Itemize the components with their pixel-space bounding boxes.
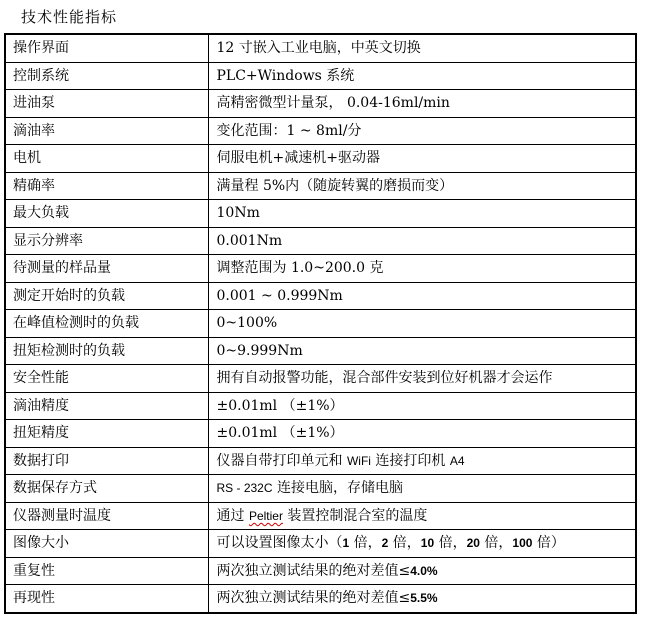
spec-value-cell: 两次独立测试结果的绝对差值≤4.0% bbox=[208, 557, 636, 585]
value-text: WiFi bbox=[347, 454, 371, 468]
value-text: 0~9.999Nm bbox=[217, 343, 303, 359]
value-text: 装置控制混合室的温度 bbox=[283, 508, 427, 524]
value-text: 伺服电机+减速机+驱动器 bbox=[217, 150, 380, 166]
spec-value-cell: 伺服电机+减速机+驱动器 bbox=[208, 145, 636, 173]
value-text: 高精密微型计量泵， 0.04-16ml/min bbox=[217, 95, 450, 111]
spec-value-cell: 0~9.999Nm bbox=[208, 337, 636, 365]
spec-label-cell: 精确率 bbox=[5, 172, 208, 200]
table-row: 滴油精度±0.01ml （±1%） bbox=[5, 392, 636, 420]
value-text: 调整范围为 1.0~200.0 克 bbox=[217, 260, 384, 276]
value-text: 拥有自动报警功能，混合部件安装到位好机器才会运作 bbox=[217, 370, 553, 386]
table-row: 进油泵高精密微型计量泵， 0.04-16ml/min bbox=[5, 90, 636, 118]
spec-label-cell: 仪器测量时温度 bbox=[5, 502, 208, 530]
value-text: 倍， bbox=[349, 535, 381, 551]
spec-label-cell: 滴油精度 bbox=[5, 392, 208, 420]
spec-value-cell: ±0.01ml （±1%） bbox=[208, 392, 636, 420]
spec-label-cell: 最大负载 bbox=[5, 200, 208, 228]
value-text: 12 寸嵌入工业电脑，中英文切换 bbox=[217, 40, 421, 56]
spec-label-cell: 安全性能 bbox=[5, 365, 208, 393]
page-title: 技术性能指标 bbox=[21, 8, 654, 26]
table-row: 数据保存方式RS - 232C 连接电脑，存储电脑 bbox=[5, 475, 636, 503]
table-row: 再现性两次独立测试结果的绝对差值≤5.5% bbox=[5, 585, 636, 613]
value-text: 倍， bbox=[388, 535, 420, 551]
value-text: 0~100% bbox=[217, 315, 278, 331]
spec-value-cell: 0.001 ~ 0.999Nm bbox=[208, 282, 636, 310]
spec-value-cell: 10Nm bbox=[208, 200, 636, 228]
value-text: ±0.01ml （±1%） bbox=[217, 425, 344, 441]
value-text: 倍， bbox=[480, 535, 512, 551]
value-text: 0.001Nm bbox=[217, 233, 283, 249]
spec-label-cell: 数据保存方式 bbox=[5, 475, 208, 503]
table-row: 扭矩检测时的负载0~9.999Nm bbox=[5, 337, 636, 365]
spec-label-cell: 进油泵 bbox=[5, 90, 208, 118]
table-row: 数据打印仪器自带打印单元和 WiFi 连接打印机 A4 bbox=[5, 447, 636, 475]
value-text: 4.0% bbox=[410, 564, 437, 578]
value-text: 5.5% bbox=[410, 591, 437, 605]
spec-label-cell: 图像大小 bbox=[5, 530, 208, 558]
spec-value-cell: ±0.01ml （±1%） bbox=[208, 420, 636, 448]
table-row: 控制系统PLC+Windows 系统 bbox=[5, 62, 636, 90]
table-row: 显示分辨率0.001Nm bbox=[5, 227, 636, 255]
spec-label-cell: 操作界面 bbox=[5, 34, 208, 62]
table-row: 最大负载10Nm bbox=[5, 200, 636, 228]
spec-label-cell: 待测量的样品量 bbox=[5, 255, 208, 283]
table-row: 仪器测量时温度通过 Peltier 装置控制混合室的温度 bbox=[5, 502, 636, 530]
spec-value-cell: 两次独立测试结果的绝对差值≤5.5% bbox=[208, 585, 636, 613]
spec-value-cell: 12 寸嵌入工业电脑，中英文切换 bbox=[208, 34, 636, 62]
spec-value-cell: 0~100% bbox=[208, 310, 636, 338]
value-text: 变化范围：1 ~ 8ml/分 bbox=[217, 123, 362, 139]
spec-label-cell: 滴油率 bbox=[5, 117, 208, 145]
value-text: 两次独立测试结果的绝对差值≤ bbox=[217, 563, 411, 579]
table-row: 精确率满量程 5%内（随旋转翼的磨损而变） bbox=[5, 172, 636, 200]
spec-label-cell: 数据打印 bbox=[5, 447, 208, 475]
value-text: 10Nm bbox=[217, 205, 260, 221]
spec-label-cell: 显示分辨率 bbox=[5, 227, 208, 255]
spec-value-cell: 满量程 5%内（随旋转翼的磨损而变） bbox=[208, 172, 636, 200]
spec-table-body: 操作界面12 寸嵌入工业电脑，中英文切换控制系统PLC+Windows 系统进油… bbox=[5, 34, 636, 613]
table-row: 图像大小可以设置图像太小（1 倍，2 倍，10 倍，20 倍，100 倍） bbox=[5, 530, 636, 558]
spec-value-cell: 0.001Nm bbox=[208, 227, 636, 255]
value-text: RS - 232C bbox=[217, 481, 273, 495]
value-text: PLC+Windows 系统 bbox=[217, 68, 355, 84]
spec-value-cell: 拥有自动报警功能，混合部件安装到位好机器才会运作 bbox=[208, 365, 636, 393]
value-text: 连接打印机 bbox=[371, 453, 450, 469]
value-text: 倍） bbox=[532, 535, 564, 551]
value-text: ±0.01ml （±1%） bbox=[217, 398, 344, 414]
spec-label-cell: 再现性 bbox=[5, 585, 208, 613]
spellcheck-word: Peltier bbox=[249, 509, 283, 523]
value-text: 100 bbox=[512, 536, 532, 550]
value-text: 满量程 5%内（随旋转翼的磨损而变） bbox=[217, 178, 454, 194]
table-row: 操作界面12 寸嵌入工业电脑，中英文切换 bbox=[5, 34, 636, 62]
value-text: 两次独立测试结果的绝对差值≤ bbox=[217, 590, 411, 606]
spec-value-cell: 高精密微型计量泵， 0.04-16ml/min bbox=[208, 90, 636, 118]
table-row: 安全性能拥有自动报警功能，混合部件安装到位好机器才会运作 bbox=[5, 365, 636, 393]
table-row: 测定开始时的负载0.001 ~ 0.999Nm bbox=[5, 282, 636, 310]
spec-label-cell: 在峰值检测时的负载 bbox=[5, 310, 208, 338]
spec-label-cell: 重复性 bbox=[5, 557, 208, 585]
spec-value-cell: 可以设置图像太小（1 倍，2 倍，10 倍，20 倍，100 倍） bbox=[208, 530, 636, 558]
spec-label-cell: 测定开始时的负载 bbox=[5, 282, 208, 310]
table-row: 重复性两次独立测试结果的绝对差值≤4.0% bbox=[5, 557, 636, 585]
spec-label-cell: 控制系统 bbox=[5, 62, 208, 90]
spec-value-cell: 通过 Peltier 装置控制混合室的温度 bbox=[208, 502, 636, 530]
spec-label-cell: 扭矩精度 bbox=[5, 420, 208, 448]
value-text: 通过 bbox=[217, 508, 249, 524]
value-text: 仪器自带打印单元和 bbox=[217, 453, 347, 469]
value-text: 20 bbox=[467, 536, 480, 550]
table-row: 电机伺服电机+减速机+驱动器 bbox=[5, 145, 636, 173]
value-text: 可以设置图像太小（ bbox=[217, 535, 343, 551]
spec-value-cell: 仪器自带打印单元和 WiFi 连接打印机 A4 bbox=[208, 447, 636, 475]
value-text: 倍， bbox=[434, 535, 466, 551]
table-row: 待测量的样品量调整范围为 1.0~200.0 克 bbox=[5, 255, 636, 283]
value-text: A4 bbox=[450, 454, 465, 468]
spec-value-cell: RS - 232C 连接电脑，存储电脑 bbox=[208, 475, 636, 503]
spec-table: 操作界面12 寸嵌入工业电脑，中英文切换控制系统PLC+Windows 系统进油… bbox=[4, 33, 637, 614]
table-row: 在峰值检测时的负载0~100% bbox=[5, 310, 636, 338]
spec-label-cell: 电机 bbox=[5, 145, 208, 173]
value-text: 10 bbox=[421, 536, 434, 550]
spec-label-cell: 扭矩检测时的负载 bbox=[5, 337, 208, 365]
table-row: 滴油率变化范围：1 ~ 8ml/分 bbox=[5, 117, 636, 145]
spec-value-cell: 变化范围：1 ~ 8ml/分 bbox=[208, 117, 636, 145]
table-row: 扭矩精度±0.01ml （±1%） bbox=[5, 420, 636, 448]
value-text: 连接电脑，存储电脑 bbox=[273, 480, 403, 496]
spec-value-cell: 调整范围为 1.0~200.0 克 bbox=[208, 255, 636, 283]
spec-value-cell: PLC+Windows 系统 bbox=[208, 62, 636, 90]
value-text: 0.001 ~ 0.999Nm bbox=[217, 288, 343, 304]
